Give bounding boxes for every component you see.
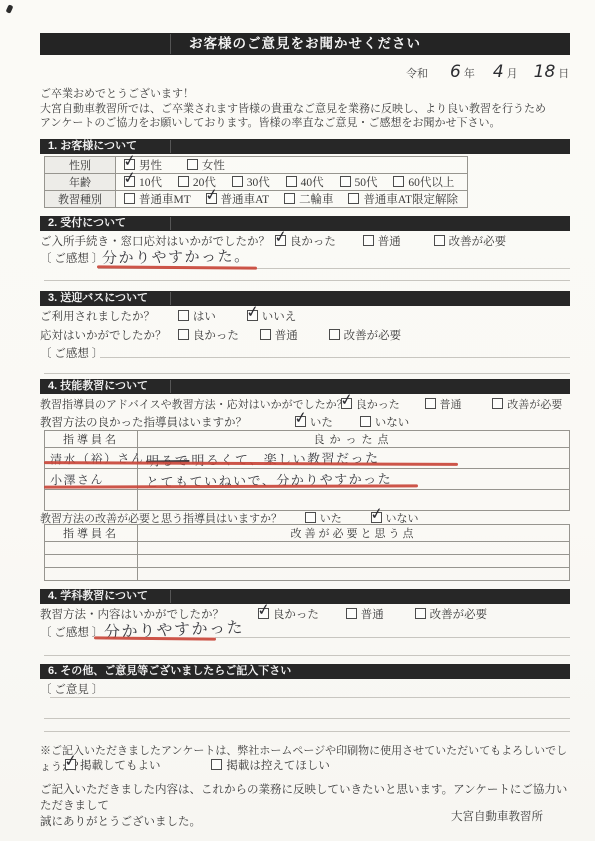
section3-option-no: いいえ: [247, 311, 297, 323]
checkbox-60s: [393, 176, 404, 187]
gender-option-female: 女性: [187, 160, 225, 172]
checkbox-lecture-normal: [346, 608, 357, 619]
section3-option-yes: はい: [178, 311, 216, 323]
red-underline: [97, 265, 257, 269]
section4-q2: 教習方法の良かった指導員はいますか？: [40, 414, 292, 430]
day-handwritten: 18: [534, 62, 556, 82]
section3-heading: 3. 送迎バスについて: [48, 292, 148, 304]
section4-option-inai: いない: [360, 417, 410, 429]
section4-heading: 4. 技能教習について: [48, 380, 148, 392]
checkbox-at-limited: [348, 193, 359, 204]
section3-q2-line: 応対はいかがでしたか？ 良かった 普通 改善が必要: [40, 327, 401, 343]
instructor-name-cell: [45, 542, 138, 555]
course-label: 教習種別: [45, 191, 116, 208]
checkbox-female-label: 女性: [202, 160, 225, 172]
instructor-name-cell: [45, 490, 138, 511]
checkbox-skill-normal: [425, 398, 436, 409]
checkbox-female: [187, 159, 198, 170]
section1-bar-divider: [170, 140, 171, 153]
checkbox-good-instructor-no-label: いない: [375, 417, 410, 429]
section2-comment-label: 〔 ご感想 〕: [40, 250, 103, 266]
course-option-at-limited: 普通車AT限定解除: [348, 194, 458, 206]
section4-heading-bar: 4. 技能教習について: [40, 379, 570, 394]
section4-option-normal: 普通: [425, 399, 462, 411]
form-title: お客様のご意見をお聞かせください: [189, 36, 421, 51]
section3-option-normal: 普通: [260, 330, 298, 342]
course-option-moto: 二輪車: [284, 194, 334, 206]
checkbox-s2-normal-label: 普通: [378, 236, 401, 248]
checkbox-good-instructor-yes-label: いた: [310, 417, 333, 429]
checkbox-bus-yes-label: はい: [193, 311, 216, 323]
table-row: [45, 555, 570, 568]
checkbox-bus-improve: [329, 329, 340, 340]
instructor-name-header: 指導員名: [45, 525, 138, 542]
section3-comment-label: 〔 ご感想 〕: [40, 345, 103, 361]
good-point-cell: [138, 490, 570, 511]
checkbox-at-limited-label: 普通車AT限定解除: [363, 194, 458, 206]
checkbox-skill-normal-label: 普通: [440, 399, 462, 411]
publish-option-allow: 掲載してもよい: [65, 760, 161, 772]
section5-option-normal: 普通: [346, 609, 384, 621]
checkbox-mt: [124, 193, 135, 204]
good-point-text: 明るくて、楽しい教習だった: [191, 451, 379, 469]
checkbox-40s: [286, 176, 297, 187]
section5-heading-bar: 4. 学科教習について: [40, 589, 570, 604]
table-header-row: 指導員名 良かった点: [45, 431, 570, 448]
good-instructor-table-grid: 指導員名 良かった点 清水（裕）さん 明るで明るくて、楽しい教習だった 小澤さん…: [44, 430, 570, 511]
section6-heading-bar: 6. その他、ご意見等ございましたらご記入下さい: [40, 664, 570, 679]
age-label: 年齢: [45, 174, 116, 191]
checkbox-bus-no: [247, 310, 258, 321]
checkbox-mt-label: 普通車MT: [139, 194, 191, 206]
checkbox-bus-improve-label: 改善が必要: [344, 330, 402, 342]
section6-heading: 6. その他、ご意見等ございましたらご記入下さい: [48, 665, 291, 677]
section3-option-improve: 改善が必要: [329, 330, 402, 342]
customer-info-table-grid: 性別 男性 女性 年齢 10代 20代 30代 40代 50代 60代以上 教習: [44, 156, 468, 208]
title-bar-divider: [170, 34, 171, 54]
improve-point-header: 改善が必要と思う点: [138, 525, 570, 542]
section4-q2-line: 教習方法の良かった指導員はいますか？ いた いない: [40, 414, 409, 430]
checkbox-lecture-normal-label: 普通: [361, 609, 384, 621]
section3-q2: 応対はいかがでしたか？: [40, 327, 175, 343]
comment-writing-line: [215, 637, 570, 638]
publish-options-line: 掲載してもよい 掲載は控えてほしい: [65, 757, 330, 773]
course-option-mt: 普通車MT: [124, 194, 191, 206]
instructor-name-header: 指導員名: [45, 431, 138, 448]
year-handwritten: 6: [450, 62, 461, 82]
section2-heading: 2. 受付について: [48, 217, 126, 229]
section2-bar-divider: [170, 217, 171, 230]
checkbox-30s: [232, 176, 243, 187]
intro-line-2: 大宮自動車教習所では、ご卒業されます皆様の貴重なご意見を業務に反映し、より良い教…: [40, 102, 574, 117]
checkbox-10s-label: 10代: [139, 177, 162, 189]
checkbox-bad-instructor-no: [371, 512, 382, 523]
day-unit: 日: [558, 65, 569, 81]
checkbox-at-label: 普通車AT: [221, 194, 270, 206]
checkbox-good-instructor-yes: [295, 416, 306, 427]
table-header-row: 指導員名 改善が必要と思う点: [45, 525, 570, 542]
checkbox-60s-label: 60代以上: [408, 177, 454, 189]
section4-option-improve: 改善が必要: [492, 399, 562, 411]
good-point-header: 良かった点: [138, 431, 570, 448]
customer-info-table: 性別 男性 女性 年齢 10代 20代 30代 40代 50代 60代以上 教習: [44, 156, 468, 204]
section2-option-normal: 普通: [363, 236, 401, 248]
checkbox-moto: [284, 193, 295, 204]
improve-instructor-table: 指導員名 改善が必要と思う点: [44, 524, 570, 578]
section3-bar-divider: [170, 292, 171, 305]
checkbox-s2-normal: [363, 235, 374, 246]
checkbox-lecture-good-label: 良かった: [273, 609, 319, 621]
school-signature: 大宮自動車教習所: [451, 808, 543, 824]
table-row: 清水（裕）さん 明るで明るくて、楽しい教習だった: [45, 448, 570, 469]
section5-heading: 4. 学科教習について: [48, 590, 148, 602]
checkbox-lecture-good: [258, 608, 269, 619]
month-handwritten: 4: [493, 62, 504, 82]
course-options: 普通車MT 普通車AT 二輪車 普通車AT限定解除: [116, 191, 468, 208]
checkbox-10s: [124, 176, 135, 187]
intro-line-1: ご卒業おめでとうございます！: [40, 87, 574, 102]
section4-option-ita: いた: [295, 417, 333, 429]
age-options: 10代 20代 30代 40代 50代 60代以上: [116, 174, 468, 191]
checkbox-skill-good-label: 良かった: [356, 399, 400, 411]
checkbox-s2-good-label: 良かった: [290, 236, 336, 248]
checkbox-s2-improve-label: 改善が必要: [449, 236, 507, 248]
improve-point-cell: [138, 568, 570, 581]
checkbox-skill-improve-label: 改善が必要: [507, 399, 562, 411]
age-option-30s: 30代: [232, 177, 270, 189]
section2-heading-bar: 2. 受付について: [40, 216, 570, 231]
checkbox-good-instructor-no: [360, 416, 371, 427]
instructor-name-cell: 清水（裕）さん: [45, 448, 138, 469]
comment-writing-line: [44, 731, 570, 732]
section4-option-good: 良かった: [341, 399, 400, 411]
age-option-10s: 10代: [124, 177, 162, 189]
gender-options: 男性 女性: [116, 157, 468, 174]
checkbox-lecture-improve: [415, 608, 426, 619]
age-row: 年齢 10代 20代 30代 40代 50代 60代以上: [45, 174, 468, 191]
instructor-name-cell: [45, 555, 138, 568]
section3-heading-bar: 3. 送迎バスについて: [40, 291, 570, 306]
instructor-name-cell: [45, 568, 138, 581]
comment-writing-line: [100, 357, 570, 358]
good-point-handwritten: 明るで明るくて、楽しい教習だった: [146, 447, 380, 469]
checkbox-publish-no: [211, 759, 222, 770]
improve-point-cell: [138, 542, 570, 555]
checkbox-bus-good-label: 良かった: [193, 330, 239, 342]
checkbox-s2-good: [275, 235, 286, 246]
comment-writing-line: [44, 718, 570, 719]
improve-point-cell: [138, 555, 570, 568]
checkbox-bus-normal-label: 普通: [275, 330, 298, 342]
course-row: 教習種別 普通車MT 普通車AT 二輪車 普通車AT限定解除: [45, 191, 468, 208]
era-label: 令和: [406, 65, 428, 81]
age-option-50s: 50代: [340, 177, 378, 189]
age-option-40s: 40代: [286, 177, 324, 189]
section4-bar-divider: [170, 380, 171, 393]
section1-heading: 1. お客様について: [48, 140, 137, 152]
checkbox-publish-ok-label: 掲載してもよい: [80, 760, 161, 772]
section5-option-good: 良かった: [258, 609, 319, 621]
comment-writing-line: [44, 655, 570, 656]
gender-row: 性別 男性 女性: [45, 157, 468, 174]
gender-label: 性別: [45, 157, 116, 174]
section3-q1: ご利用されましたか？: [40, 308, 175, 324]
section5-bar-divider: [170, 590, 171, 603]
checkbox-publish-no-label: 掲載は控えてほしい: [226, 760, 330, 772]
good-instructor-table: 指導員名 良かった点 清水（裕）さん 明るで明るくて、楽しい教習だった 小澤さん…: [44, 430, 570, 507]
checkbox-20s: [178, 176, 189, 187]
year-unit: 年: [464, 65, 475, 81]
intro-line-3: アンケートのご協力をお願いしております。皆様の率直なご意見・ご感想をお聞かせ下さ…: [40, 116, 574, 131]
table-row: [45, 490, 570, 511]
scanned-survey-page: お客様のご意見をお聞かせください 令和 6 年 4 月 18 日 ご卒業おめでと…: [0, 0, 595, 841]
checkbox-at: [206, 193, 217, 204]
table-row: [45, 542, 570, 555]
section1-heading-bar: 1. お客様について: [40, 139, 570, 154]
table-row: [45, 568, 570, 581]
checkbox-moto-label: 二輪車: [299, 194, 334, 206]
comment-writing-line: [50, 697, 570, 698]
section2-option-improve: 改善が必要: [434, 236, 507, 248]
checkbox-skill-good: [341, 398, 352, 409]
checkbox-bus-yes: [178, 310, 189, 321]
checkbox-lecture-improve-label: 改善が必要: [430, 609, 488, 621]
section2-option-good: 良かった: [275, 236, 336, 248]
checkbox-publish-ok: [65, 759, 76, 770]
course-option-at: 普通車AT: [206, 194, 270, 206]
intro-paragraph: ご卒業おめでとうございます！ 大宮自動車教習所では、ご卒業されます皆様の貴重なご…: [40, 87, 574, 131]
checkbox-bus-good: [178, 329, 189, 340]
checkbox-40s-label: 40代: [301, 177, 324, 189]
checkbox-s2-improve: [434, 235, 445, 246]
checkbox-bad-instructor-yes: [305, 512, 316, 523]
form-title-bar: お客様のご意見をお聞かせください: [40, 33, 570, 55]
scan-artifact: [6, 4, 14, 13]
checkbox-bus-no-label: いいえ: [262, 311, 297, 323]
checkbox-male-label: 男性: [139, 160, 162, 172]
age-option-60s: 60代以上: [393, 177, 454, 189]
improve-instructor-table-grid: 指導員名 改善が必要と思う点: [44, 524, 570, 581]
publish-option-decline: 掲載は控えてほしい: [211, 760, 330, 772]
section3-q1-line: ご利用されましたか？ はい いいえ: [40, 308, 296, 324]
section6-comment-label: 〔 ご意見 〕: [40, 681, 103, 697]
section3-option-good: 良かった: [178, 330, 239, 342]
comment-writing-line: [44, 280, 570, 281]
checkbox-50s: [340, 176, 351, 187]
checkbox-50s-label: 50代: [355, 177, 378, 189]
section5-option-improve: 改善が必要: [415, 609, 488, 621]
date-line: 令和 6 年 4 月 18 日: [406, 62, 569, 82]
checkbox-skill-improve: [492, 398, 503, 409]
checkbox-bus-normal: [260, 329, 271, 340]
comment-writing-line: [44, 373, 570, 374]
checkbox-30s-label: 30代: [247, 177, 270, 189]
month-unit: 月: [507, 65, 518, 81]
